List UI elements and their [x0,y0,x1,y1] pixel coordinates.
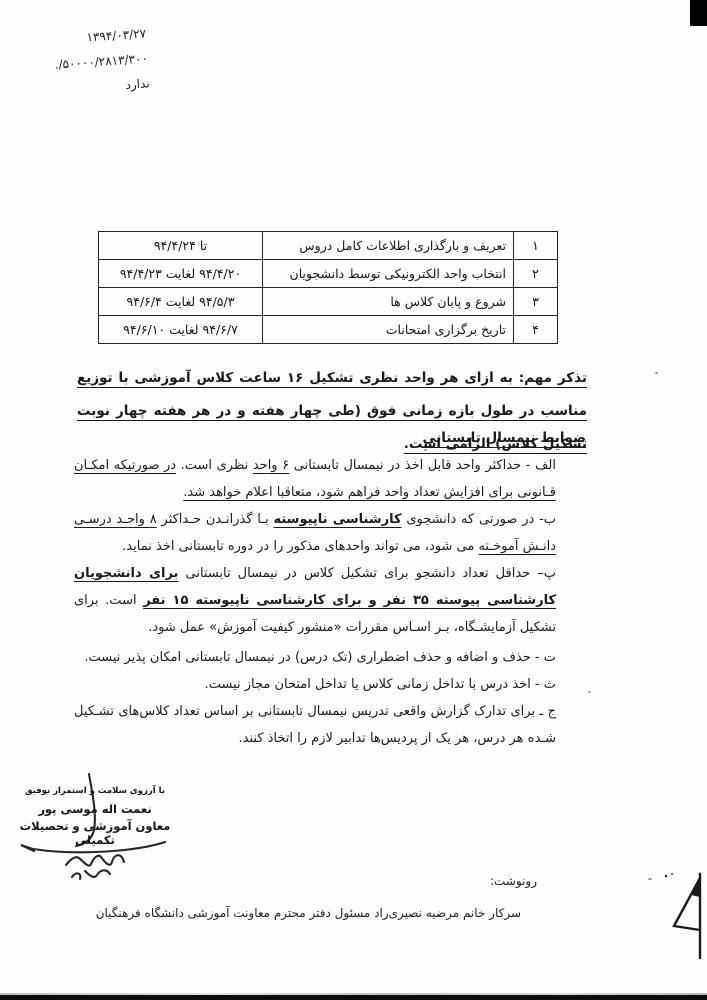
scan-speck [648,878,652,880]
scan-artifact-bottom-bar [0,995,707,1000]
clause-jim: ج ـ برای تدارک گزارش واقعی تدریس نیمسال … [74,698,556,752]
letter-meta-block: ۱۳۹۴/۰۳/۲۷ ./۵۰۰۰۰/۲۸۱۳/۳۰۰ ندارد [12,21,151,105]
clause-text-bold-underlined: کارشناسی ناپیوسته [273,512,401,527]
row-number-cell: ۳ [514,288,558,316]
period-cell: ۹۴/۵/۳ لغایت ۹۴/۶/۴ [99,288,263,316]
clause-te: ت - حذف و اضافه و حذف اضطراری (تک درس) د… [74,644,556,671]
task-cell: تعریف و بارگذاری اطلاعات کامل دروس [263,232,514,260]
handwritten-signature [6,758,191,898]
row-number-cell: ۴ [514,316,558,344]
clause-text: می شود، می تواند واحدهای مذکور را در دور… [122,539,478,554]
table-row: ۲ انتخاب واحد الکترونیکی توسط دانشجویان … [99,260,558,288]
scan-speck [424,449,427,451]
task-cell: تاریخ برگزاری امتحانات [263,316,514,344]
table-row: ۱ تعریف و بارگذاری اطلاعات کامل دروس تا … [99,232,558,260]
clause-pe: پ– حداقل تعداد دانشجو برای تشکیل کلاس در… [74,560,556,641]
schedule-table: ۱ تعریف و بارگذاری اطلاعات کامل دروس تا … [98,231,558,344]
clause-text: الف - حداکثر واحد قابل اخذ در نیمسال تاب… [289,458,556,473]
page-corner-pen-mark [662,868,707,963]
important-note: تذکر مهم: به ازای هر واحد نظری تشکیل ۱۶ … [77,362,587,461]
clause-text: نظری است. [176,458,253,473]
clause-se: ث - اخذ درس با تداخل زمانی کلاس یا تداخل… [74,671,556,698]
copy-label: رونوشت: [490,874,537,888]
clause-text: ب- در صورتی که دانشجوی [402,512,556,527]
table-row: ۳ شروع و پایان کلاس ها ۹۴/۵/۳ لغایت ۹۴/۶… [99,288,558,316]
scanned-letter-page: ۱۳۹۴/۰۳/۲۷ ./۵۰۰۰۰/۲۸۱۳/۳۰۰ ندارد ۱ تعری… [0,0,707,1000]
letter-number-value: ./۵۰۰۰۰/۲۸۱۳/۳۰۰ [54,51,148,71]
task-cell: شروع و پایان کلاس ها [263,288,514,316]
clause-alef: الف - حداکثر واحد قابل اخذ در نیمسال تاب… [74,452,556,506]
scan-speck [588,691,591,693]
row-number-cell: ۲ [514,260,558,288]
clause-text: بـا گذرانـدن حـداکثر [157,512,274,527]
row-number-cell: ۱ [514,232,558,260]
section-heading: ضوابط نیمسال تابستانی [423,430,586,446]
period-cell: تا ۹۴/۴/۲۴ [99,232,263,260]
period-cell: ۹۴/۴/۲۰ لغایت ۹۴/۴/۲۳ [99,260,263,288]
table-row: ۴ تاریخ برگزاری امتحانات ۹۴/۶/۷ لغایت ۹۴… [99,316,558,344]
scan-speck [655,372,658,374]
scan-artifact-corner [690,0,707,26]
clause-text: پ– حداقل تعداد دانشجو برای تشکیل کلاس در… [178,566,556,581]
clause-text-underlined: ۶ واحد [253,458,289,473]
clause-be: ب- در صورتی که دانشجوی کارشناسی ناپیوسته… [74,506,556,560]
period-cell: ۹۴/۶/۷ لغایت ۹۴/۶/۱۰ [99,316,263,344]
copy-recipient: سرکار خانم مرضیه نصیری‌راد مسئول دفتر مح… [96,906,521,920]
task-cell: انتخاب واحد الکترونیکی توسط دانشجویان [263,260,514,288]
